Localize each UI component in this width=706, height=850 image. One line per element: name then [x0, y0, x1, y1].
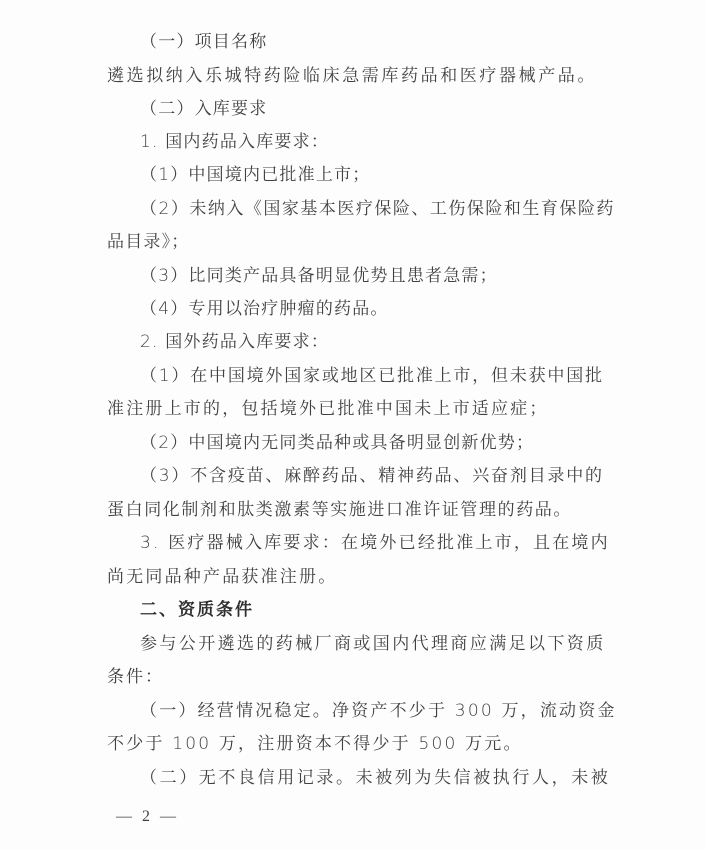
section-heading-qualifications: 二、资质条件 — [140, 599, 610, 621]
list-item-continuation: 蛋白同化制剂和肽类激素等实施进口准许证管理的药品。 — [107, 499, 610, 521]
subsection-heading-requirements: （二）入库要求 — [140, 98, 610, 120]
page-number: — 2 — — [116, 808, 179, 826]
paragraph-line: （二）无不良信用记录。未被列为失信被执行人，未被 — [140, 767, 610, 789]
list-item: （2）未纳入《国家基本医疗保险、工伤保险和生育保险药 — [140, 198, 610, 220]
paragraph-continuation: 尚无同品种产品获准注册。 — [107, 566, 610, 588]
item-heading-domestic-drugs: 1. 国内药品入库要求： — [140, 131, 610, 153]
item-heading-foreign-drugs: 2. 国外药品入库要求： — [140, 331, 610, 353]
item-heading-medical-devices: 3. 医疗器械入库要求：在境外已经批准上市，且在境内 — [140, 532, 610, 554]
paragraph-line: 参与公开遴选的药械厂商或国内代理商应满足以下资质 — [140, 633, 610, 655]
list-item: （3）比同类产品具备明显优势且患者急需； — [140, 265, 610, 287]
list-item: （1）在中国境外国家或地区已批准上市，但未获中国批 — [140, 365, 610, 387]
subsection-heading-project-name: （一）项目名称 — [140, 31, 610, 53]
document-page: （一）项目名称 遴选拟纳入乐城特药险临床急需库药品和医疗器械产品。 （二）入库要… — [0, 0, 706, 850]
list-item: （2）中国境内无同类品种或具备明显创新优势； — [140, 432, 610, 454]
list-item: （1）中国境内已批准上市； — [140, 164, 610, 186]
paragraph-continuation: 条件： — [107, 666, 610, 688]
list-item: （4）专用以治疗肿瘤的药品。 — [140, 298, 610, 320]
list-item-continuation: 品目录》； — [107, 231, 610, 253]
paragraph-continuation: 不少于 100 万，注册资本不得少于 500 万元。 — [107, 733, 610, 755]
paragraph-line: （一）经营情况稳定。净资产不少于 300 万，流动资金 — [140, 700, 610, 722]
list-item-continuation: 准注册上市的，包括境外已批准中国未上市适应症； — [107, 398, 610, 420]
paragraph-line: 遴选拟纳入乐城特药险临床急需库药品和医疗器械产品。 — [107, 65, 617, 87]
list-item: （3）不含疫苗、麻醉药品、精神药品、兴奋剂目录中的 — [140, 465, 610, 487]
